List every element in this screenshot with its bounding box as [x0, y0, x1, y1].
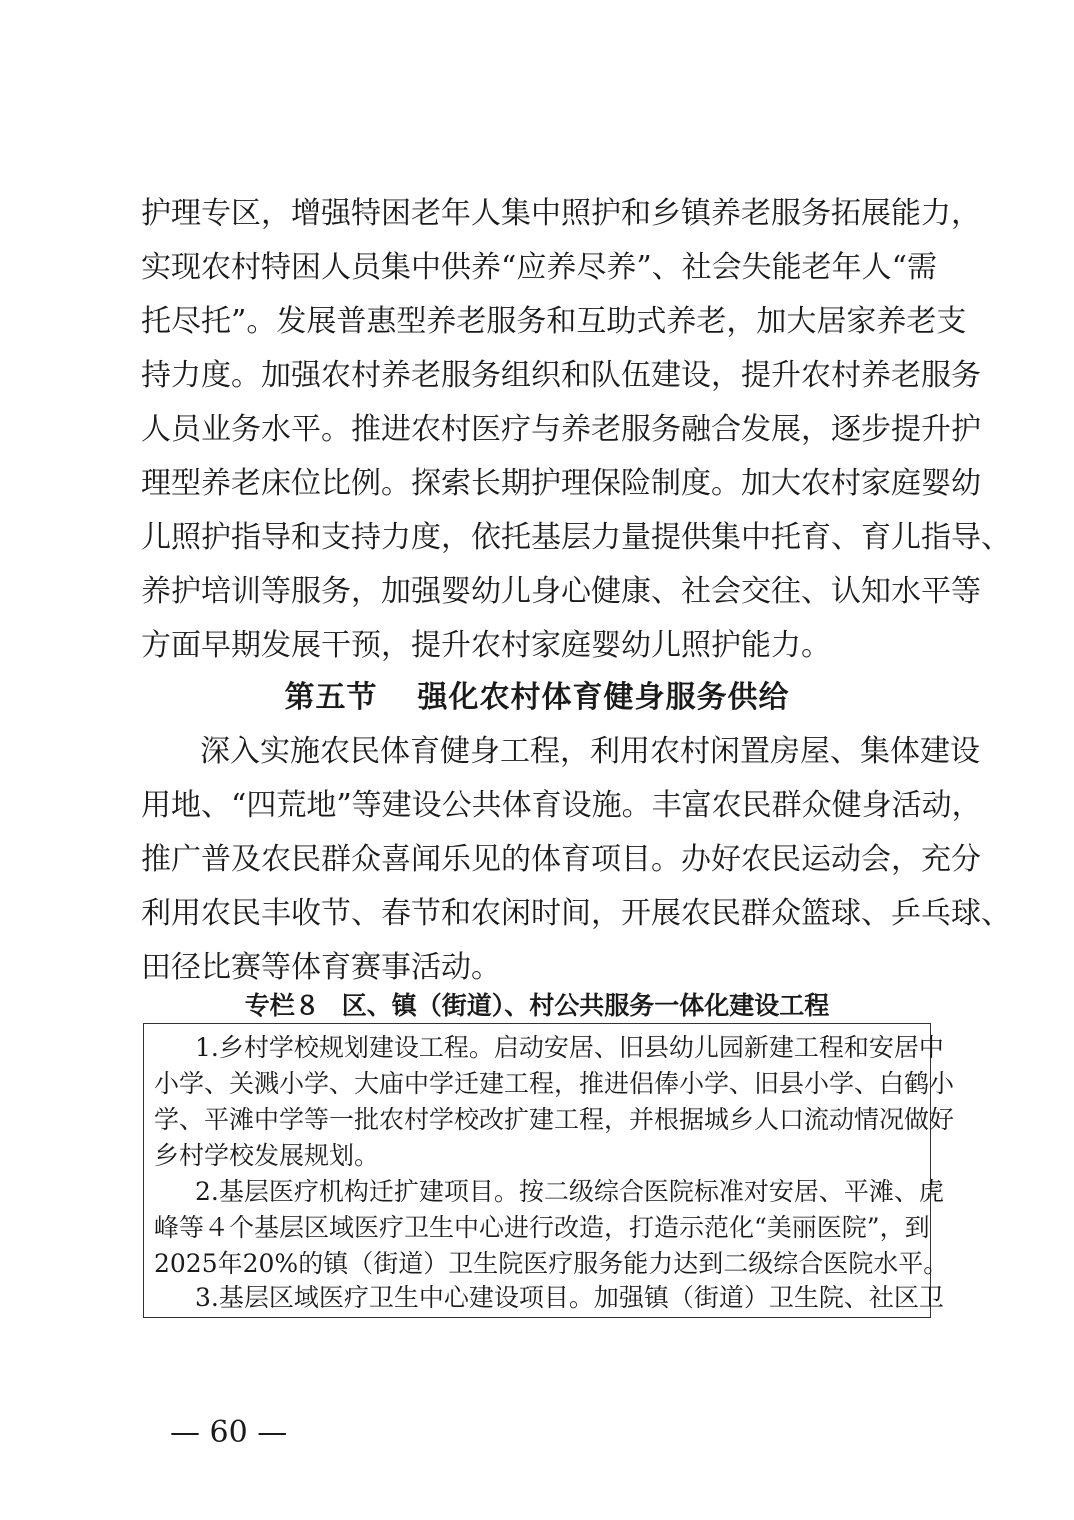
- document-page: 护理专区，增强特困老年人集中照护和乡镇养老服务拓展能力， 实现农村特困人员集中供…: [0, 0, 1074, 1520]
- text-line: 利用农民丰收节、春节和农闲时间，开展农民群众篮球、乒乓球、: [141, 896, 936, 932]
- feature-box-label: 专栏８: [245, 991, 320, 1020]
- section-title: 强化农村体育健身服务供给: [418, 680, 790, 715]
- feature-box: 1.乡村学校规划建设工程。启动安居、旧县幼儿园新建工程和安居中 小学、关溅小学、…: [143, 1023, 931, 1318]
- text-line: 养护培训等服务，加强婴幼儿身心健康、社会交往、认知水平等: [141, 574, 936, 610]
- text-line: 理型养老床位比例。探索长期护理保险制度。加大农村家庭婴幼: [141, 466, 936, 502]
- box-text-line: 小学、关溅小学、大庙中学迁建工程，推进侣俸小学、旧县小学、白鹤小: [154, 1069, 921, 1099]
- text-line: 用地、“四荒地”等建设公共体育设施。丰富农民群众健身活动，: [141, 788, 936, 824]
- box-text-line: 乡村学校发展规划。: [154, 1141, 921, 1171]
- section-heading: 第五节强化农村体育健身服务供给: [0, 680, 1074, 716]
- text-line: 深入实施农民体育健身工程，利用农村闲置房屋、集体建设: [200, 734, 936, 770]
- text-line: 人员业务水平。推进农村医疗与养老服务融合发展，逐步提升护: [141, 412, 936, 448]
- text-line: 实现农村特困人员集中供养“应养尽养”、社会失能老年人“需: [141, 250, 936, 286]
- text-line: 持力度。加强农村养老服务组织和队伍建设，提升农村养老服务: [141, 358, 936, 394]
- text-line: 田径比赛等体育赛事活动。: [141, 950, 936, 986]
- box-text-line: 2.基层医疗机构迁扩建项目。按二级综合医院标准对安居、平滩、虎: [195, 1177, 921, 1207]
- page-number: — 60 —: [170, 1415, 287, 1451]
- text-line: 推广普及农民群众喜闻乐见的体育项目。办好农民运动会，充分: [141, 842, 936, 878]
- box-text-line: 1.乡村学校规划建设工程。启动安居、旧县幼儿园新建工程和安居中: [195, 1033, 921, 1063]
- feature-box-heading: 区、镇（街道）、村公共服务一体化建设工程: [342, 991, 830, 1020]
- box-text-line: 3.基层区域医疗卫生中心建设项目。加强镇（街道）卫生院、社区卫: [195, 1283, 921, 1313]
- text-line: 儿照护指导和支持力度，依托基层力量提供集中托育、育儿指导、: [141, 520, 936, 556]
- text-line: 护理专区，增强特困老年人集中照护和乡镇养老服务拓展能力，: [141, 196, 936, 232]
- box-text-line: 学、平滩中学等一批农村学校改扩建工程，并根据城乡人口流动情况做好: [154, 1105, 921, 1135]
- section-number: 第五节: [285, 680, 378, 715]
- feature-box-title: 专栏８区、镇（街道）、村公共服务一体化建设工程: [0, 991, 1074, 1021]
- text-line: 方面早期发展干预，提升农村家庭婴幼儿照护能力。: [141, 628, 936, 664]
- box-text-line: 2025年20%的镇（街道）卫生院医疗服务能力达到二级综合医院水平。: [154, 1249, 921, 1279]
- text-line: 托尽托”。发展普惠型养老服务和互助式养老，加大居家养老支: [141, 304, 936, 340]
- box-text-line: 峰等４个基层区域医疗卫生中心进行改造，打造示范化“美丽医院”，到: [154, 1213, 921, 1243]
